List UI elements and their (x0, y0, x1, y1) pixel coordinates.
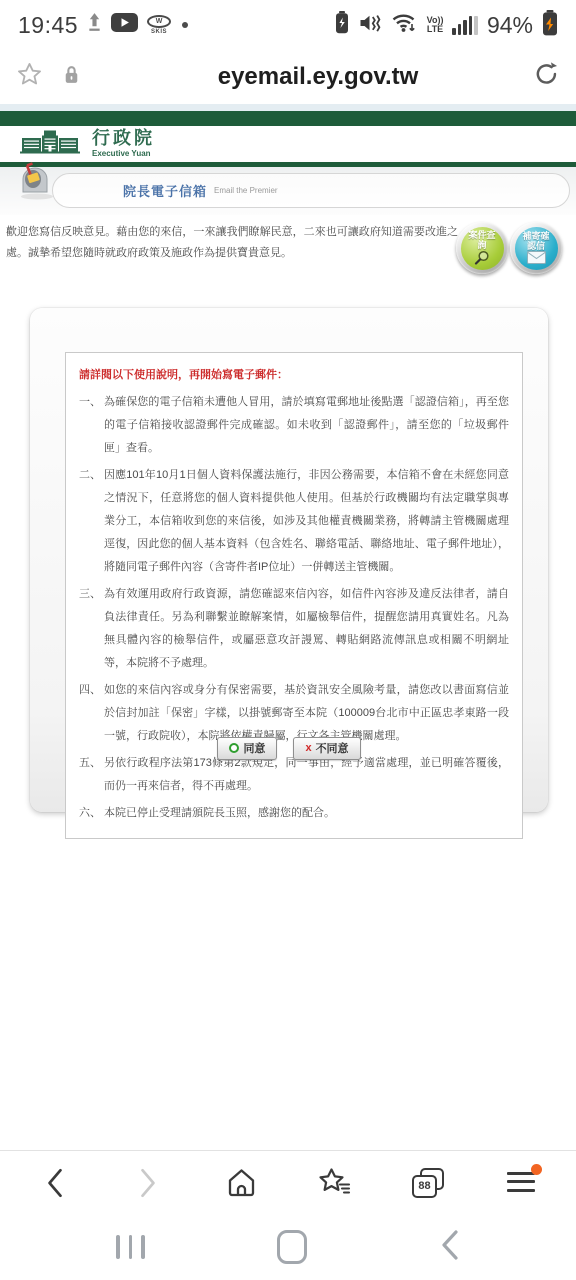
browser-back-button[interactable] (31, 1159, 79, 1207)
term-item-3: 三、 為有效運用政府行政資源，請您確認來信內容，如信件內容涉及違反法律者，請自負… (79, 583, 509, 675)
skis-badge-icon: W SKIS (147, 15, 171, 35)
disagree-button[interactable]: x 不同意 (293, 737, 360, 760)
terms-title: 請詳閱以下使用說明，再開始寫電子郵件： (79, 364, 509, 386)
browser-url-bar: eyemail.ey.gov.tw (0, 50, 576, 104)
terms-card: 請詳閱以下使用說明，再開始寫電子郵件： 一、 為確保您的電子信箱未遭他人冒用，請… (30, 308, 548, 812)
refresh-icon[interactable] (533, 61, 560, 93)
signal-bars-icon (452, 15, 478, 35)
terms-actions: 同意 x 不同意 (30, 737, 548, 760)
resend-confirmation-button[interactable]: 補寄確認信 (510, 222, 562, 274)
recents-button[interactable] (116, 1235, 145, 1259)
youtube-icon (111, 13, 138, 37)
bookmarks-button[interactable] (311, 1159, 359, 1207)
upload-icon (87, 12, 102, 38)
bookmark-star-icon[interactable] (16, 61, 43, 93)
org-name: 行政院 (92, 130, 155, 148)
org-name-en: Executive Yuan (92, 150, 155, 158)
tab-count: 88 (412, 1175, 437, 1198)
notification-dot-icon (182, 22, 188, 28)
intro-text: 歡迎您寫信反映意見。藉由您的來信，一來讓我們瞭解民意，二來也可讓政府知道需要改進… (6, 222, 458, 264)
url-field[interactable]: eyemail.ey.gov.tw (126, 63, 510, 91)
agree-circle-icon (229, 743, 239, 753)
clock: 19:45 (18, 12, 78, 39)
tabs-button[interactable]: 88 (404, 1159, 452, 1207)
status-bar: 19:45 W SKIS Vo)) LTE 94% (0, 0, 576, 50)
menu-notification-dot (531, 1164, 542, 1175)
page-top-strip (0, 104, 576, 111)
banner-subtitle: Email the Premier (214, 186, 278, 195)
term-item-1: 一、 為確保您的電子信箱未遭他人冒用，請於填寫電郵地址後點選「認證信箱」，再至您… (79, 391, 509, 460)
terms-box: 請詳閱以下使用說明，再開始寫電子郵件： 一、 為確保您的電子信箱未遭他人冒用，請… (65, 352, 523, 839)
menu-button[interactable] (497, 1159, 545, 1207)
browser-nav-bar: 88 (0, 1150, 576, 1214)
mute-vibrate-icon (358, 12, 382, 39)
system-back-button[interactable] (440, 1229, 460, 1266)
browser-forward-button[interactable] (124, 1159, 172, 1207)
system-home-button[interactable] (277, 1230, 307, 1264)
mailbox-banner: 院長電子信箱 Email the Premier (0, 167, 576, 215)
envelope-icon (527, 251, 546, 266)
executive-yuan-building-icon (20, 128, 80, 160)
browser-home-button[interactable] (217, 1159, 265, 1207)
banner-title: 院長電子信箱 (123, 181, 207, 200)
battery-charging-icon (542, 10, 558, 41)
system-nav-bar (0, 1214, 576, 1280)
agree-button[interactable]: 同意 (217, 737, 277, 760)
site-logo[interactable]: 行政院 Executive Yuan (0, 126, 576, 162)
volte-icon: Vo)) LTE (427, 16, 444, 34)
disagree-x-icon: x (305, 742, 311, 754)
lock-icon[interactable] (63, 64, 80, 90)
mailbox-icon (16, 161, 58, 206)
magnifier-icon (474, 250, 490, 267)
term-item-6: 六、 本院已停止受理請頒院長玉照，感謝您的配合。 (79, 802, 509, 825)
battery-saver-icon (335, 11, 349, 39)
wifi-icon (391, 11, 418, 39)
term-item-2: 二、 因應101年10月1日個人資料保護法施行，非因公務需要，本信箱不會在未經您… (79, 464, 509, 579)
battery-percent: 94% (487, 12, 533, 39)
case-inquiry-button[interactable]: 案件查詢 (456, 222, 508, 274)
banner-capsule: 院長電子信箱 Email the Premier (52, 173, 570, 208)
header-green-bar (0, 111, 576, 126)
